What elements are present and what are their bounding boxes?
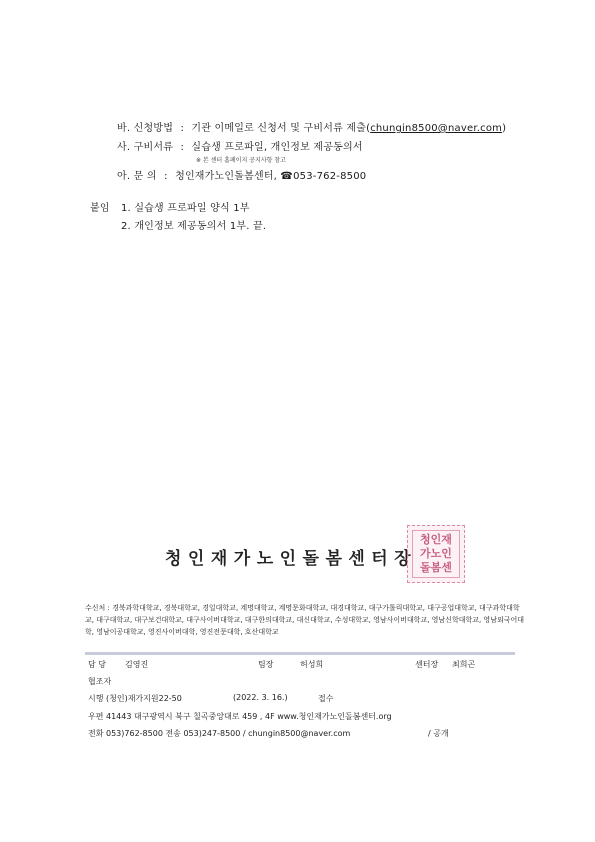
enforcement-number: 시행 (청인)재가지원22-50 [88, 693, 182, 704]
required-documents-label: 사. 구비서류 [117, 142, 173, 153]
director-label: 센터장 [415, 659, 438, 670]
team-lead-label: 팀장 [258, 659, 273, 670]
attachment-item-2: 2. 개인정보 제공동의서 1부. 끝. [121, 217, 266, 232]
staff-name: 김영진 [125, 659, 148, 670]
official-seal-stamp: 청인재가노인돌봄센 [407, 525, 465, 583]
team-lead-name: 허성희 [300, 659, 323, 670]
enforcement-date: (2022. 3. 16.) [233, 693, 288, 702]
application-method-label: 바. 신청방법 [117, 123, 173, 134]
required-documents-text: 실습생 프로파일, 개인정보 제공동의서 [191, 142, 362, 153]
contact-line: 전화 053)762-8500 전송 053)247-8500 / chungi… [88, 728, 350, 739]
application-method-text: 기관 이메일로 신청서 및 구비서류 제출( [191, 123, 370, 134]
email-link[interactable]: chungin8500@naver.com [370, 123, 502, 134]
separator: : [180, 123, 184, 134]
address-line: 우편 41443 대구광역시 북구 칠곡중앙대로 459 , 4F www.청인… [88, 711, 392, 722]
paren-close: ) [502, 123, 506, 134]
inquiry-label: 아. 문 의 [117, 171, 157, 182]
required-documents-row: 사. 구비서류 : 실습생 프로파일, 개인정보 제공동의서 [117, 138, 363, 153]
homepage-note: ※ 본 센터 홈페이지 공지사항 참고 [196, 155, 286, 164]
attachments-label: 붙임 [90, 199, 110, 214]
application-method-row: 바. 신청방법 : 기관 이메일로 신청서 및 구비서류 제출(chungin8… [117, 119, 506, 134]
inquiry-text: 청인재가노인돌봄센터, ☎053-762-8500 [175, 171, 366, 182]
recipients-list: 수신처 : 경북과학대학교, 경북대학교, 경일대학교, 계명대학교, 계명문화… [85, 602, 525, 638]
separator: : [164, 171, 168, 182]
staff-label: 담 당 [88, 659, 106, 670]
disclosure-status: / 공개 [428, 728, 449, 739]
cooperator-label: 협조자 [88, 676, 111, 687]
receipt-label: 접수 [318, 693, 333, 704]
inquiry-row: 아. 문 의 : 청인재가노인돌봄센터, ☎053-762-8500 [117, 167, 366, 182]
director-name: 최희곤 [452, 659, 475, 670]
separator: : [180, 142, 184, 153]
footer-divider [85, 652, 515, 655]
seal-icon: 청인재가노인돌봄센 [412, 530, 460, 578]
attachment-item-1: 1. 실습생 프로파일 양식 1부 [121, 199, 250, 214]
signature-title: 청인재가노인돌봄센터장 [165, 544, 417, 569]
